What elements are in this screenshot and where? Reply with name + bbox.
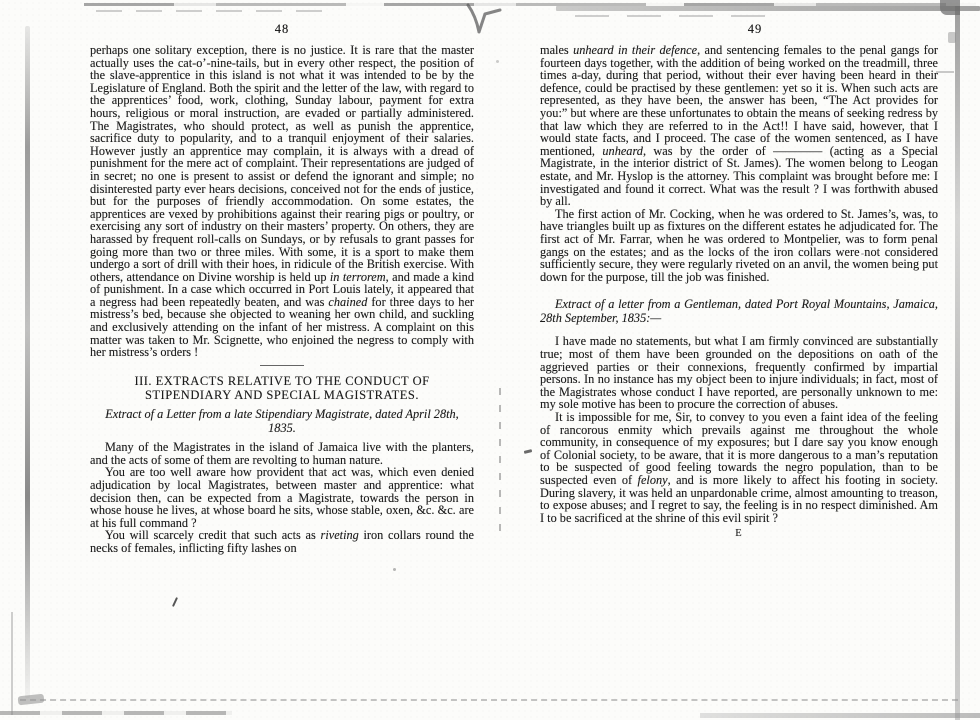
page-49-text: males unheard in their defence, and sent…	[540, 44, 938, 541]
body-text: You are too well aware how provident tha…	[90, 465, 474, 529]
page-48: 48 perhaps one solitary exception, there…	[90, 22, 474, 555]
scan-edge-left-smudge	[18, 694, 45, 706]
scan-top-edge-streak-right	[556, 6, 980, 11]
scan-binding-edge-left	[25, 26, 30, 698]
paragraph: You will scarcely credit that such acts …	[90, 529, 474, 554]
section-heading: III. EXTRACTS RELATIVE TO THE CONDUCT OF…	[96, 374, 468, 403]
page-number: 48	[90, 22, 474, 37]
paragraph: The first action of Mr. Cocking, when he…	[540, 208, 938, 284]
letter-extract-heading: Extract of a Letter from a late Stipendi…	[90, 408, 474, 435]
body-text: III. EXTRACTS RELATIVE TO THE CONDUCT OF…	[134, 374, 429, 403]
book-scan: 48 perhaps one solitary exception, there…	[0, 0, 980, 720]
italic-text: Extract of a Letter from a late Stipendi…	[105, 407, 459, 435]
gutter-stitch-marks	[499, 388, 501, 540]
scan-bottom-edge-dashed-line	[20, 699, 958, 701]
scan-right-margin-dash	[936, 71, 954, 73]
section-divider-rule	[260, 365, 304, 366]
printer-signature-mark: E	[540, 528, 938, 541]
page-48-text: perhaps one solitary exception, there is…	[90, 44, 474, 555]
margin-pencil-mark	[524, 449, 532, 454]
paragraph: It is impossible for me, Sir, to convey …	[540, 411, 938, 524]
paragraph: Many of the Magistrates in the island of…	[90, 441, 474, 466]
body-text: , and sentencing females to the penal ga…	[540, 43, 938, 158]
paragraph: perhaps one solitary exception, there is…	[90, 44, 474, 359]
scan-top-edge-dashes-right	[575, 15, 770, 17]
scan-speck	[393, 568, 396, 571]
scan-edge-left-thin-line	[11, 612, 13, 715]
page-49: 49 males unheard in their defence, and s…	[540, 22, 938, 541]
body-text: I have made no statements, but what I am…	[540, 334, 938, 411]
italic-text: Extract of a letter from a Gentleman, da…	[540, 297, 938, 325]
pen-stroke-mark	[172, 597, 178, 607]
scan-bottom-edge-band-left	[0, 711, 232, 715]
scan-page-edge-right	[955, 6, 960, 720]
scan-top-edge-dashes-left	[96, 10, 331, 12]
scan-bottom-edge-band-right	[700, 713, 980, 718]
paragraph: You are too well aware how provident tha…	[90, 466, 474, 529]
italic-text: riveting	[321, 528, 359, 542]
scan-speck	[496, 60, 499, 63]
paragraph: males unheard in their defence, and sent…	[540, 44, 938, 208]
body-text: E	[735, 528, 742, 539]
letter-extract-heading: Extract of a letter from a Gentleman, da…	[540, 298, 938, 325]
paragraph: I have made no statements, but what I am…	[540, 335, 938, 411]
page-number: 49	[556, 22, 954, 37]
body-text: The first action of Mr. Cocking, when he…	[540, 207, 938, 284]
scan-top-edge-streak	[84, 3, 976, 6]
body-text: Many of the Magistrates in the island of…	[90, 440, 474, 467]
body-text: perhaps one solitary exception, there is…	[90, 43, 474, 284]
scan-corner-shadow-top-right	[940, 0, 960, 15]
